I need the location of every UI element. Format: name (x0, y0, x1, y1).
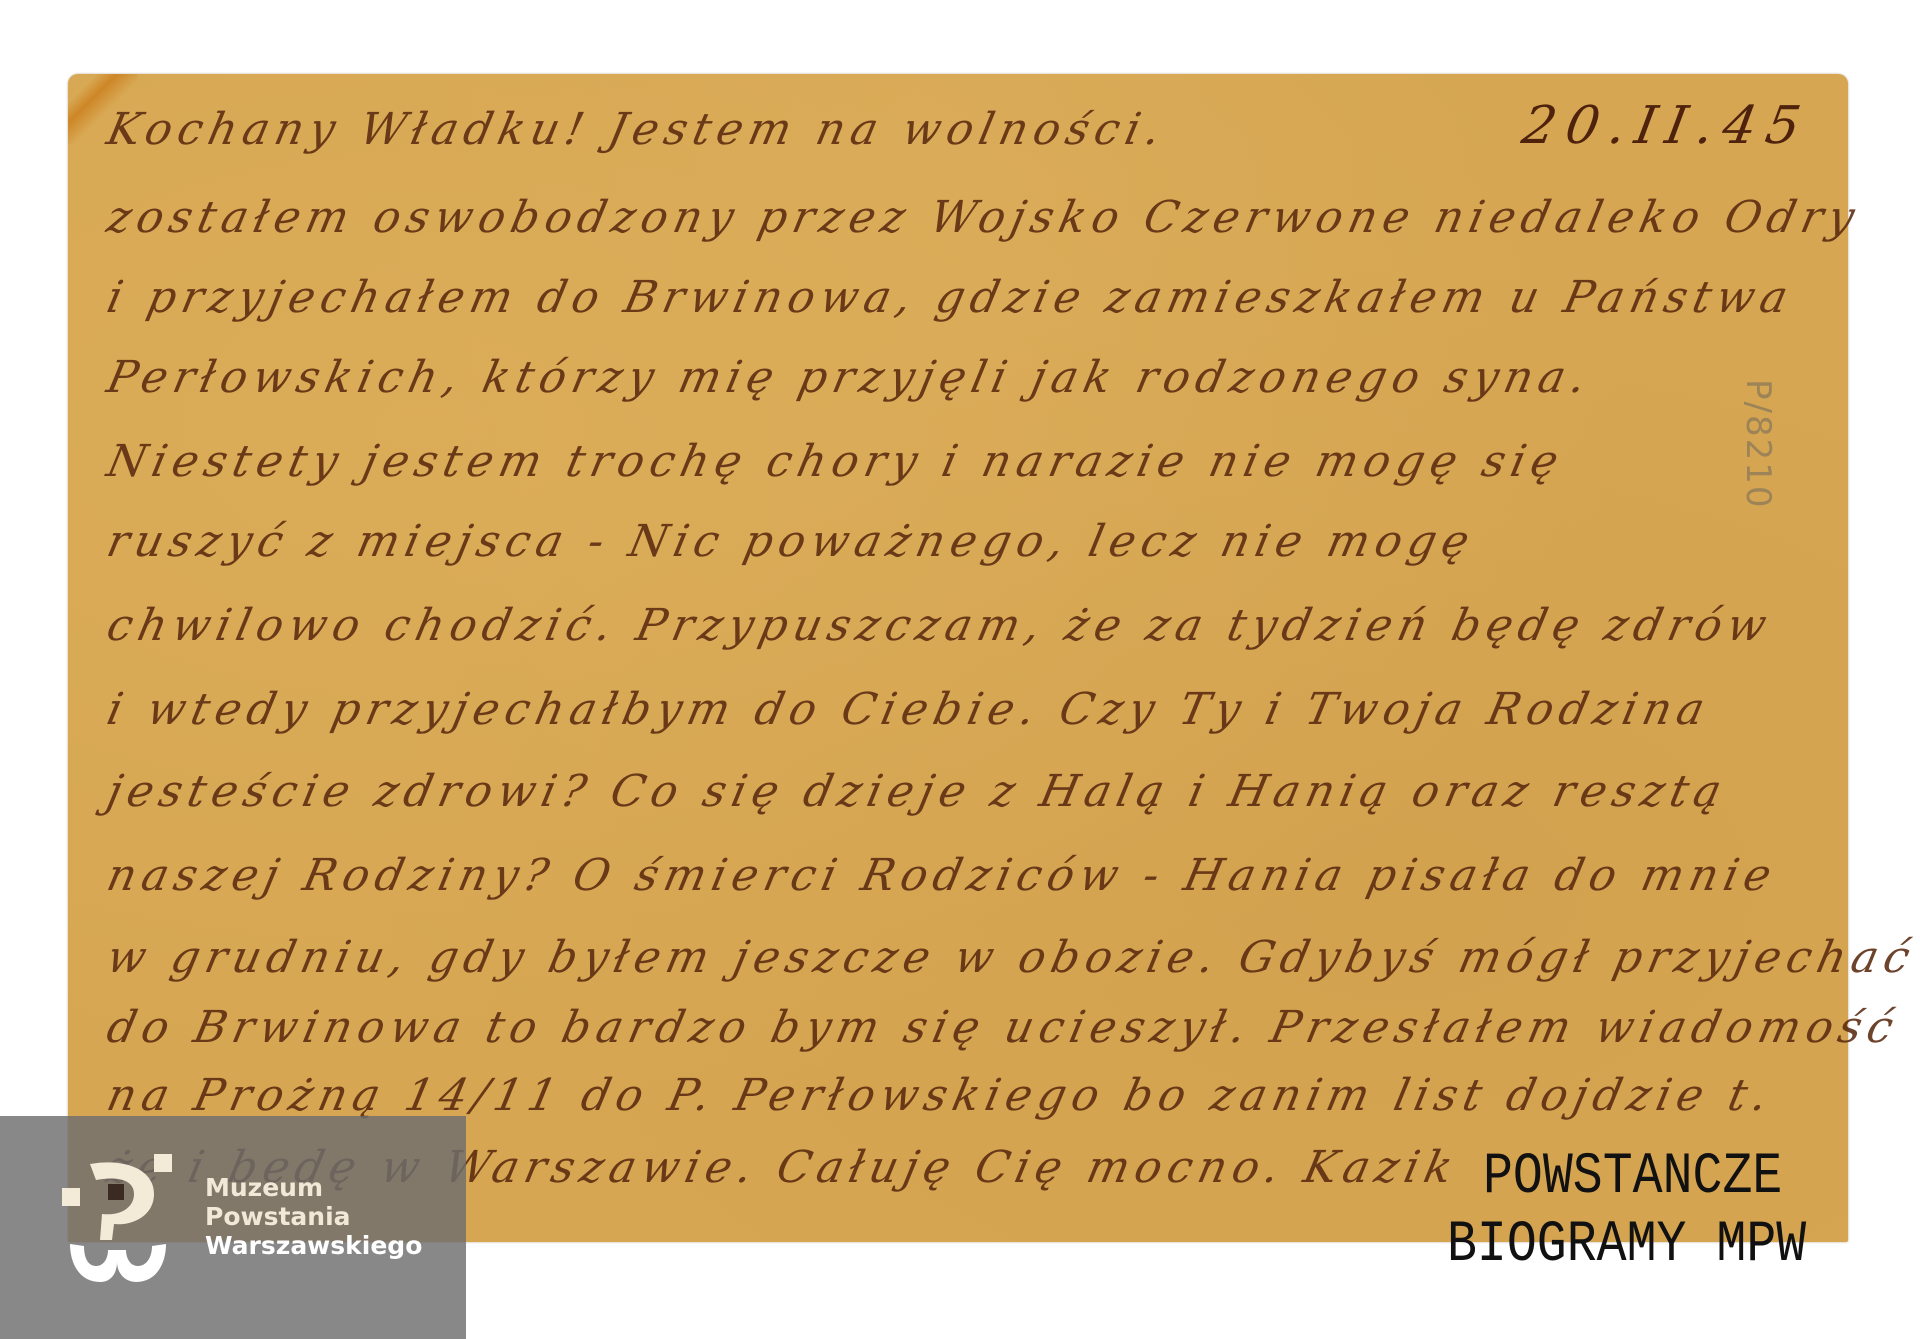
archive-number: P/8210 (1738, 379, 1778, 510)
logo-text-line-1: Muzeum (205, 1173, 422, 1202)
watermark-line-2: BIOGRAMY MPW (1447, 1214, 1806, 1278)
handwriting-line-1: Kochany Władku! Jestem na wolności. (103, 104, 1172, 155)
handwriting-line-2: zostałem oswobodzony przez Wojsko Czerwo… (103, 192, 1865, 243)
museum-logo: Muzeum Powstania Warszawskiego (0, 1116, 466, 1339)
logo-text-line-3: Warszawskiego (205, 1231, 422, 1260)
handwriting-line-12: do Brwinowa to bardzo bym się ucieszył. … (103, 1002, 1904, 1053)
handwriting-line-13: na Prożną 14/11 do P. Perłowskiego bo za… (103, 1070, 1778, 1121)
handwriting-line-11: w grudniu, gdy byłem jeszcze w obozie. G… (103, 932, 1920, 983)
handwriting-line-4: Perłowskich, którzy mię przyjęli jak rod… (103, 352, 1597, 403)
handwriting-line-3: i przyjechałem do Brwinowa, gdzie zamies… (103, 272, 1799, 323)
kotwica-anchor-icon (62, 1154, 172, 1286)
postcard: 20.II.45 Kochany Władku! Jestem na wolno… (68, 74, 1848, 1242)
handwriting-line-10: naszej Rodziny? O śmierci Rodziców - Han… (103, 850, 1782, 901)
handwriting-line-8: i wtedy przyjechałbym do Ciebie. Czy Ty … (103, 684, 1715, 735)
handwriting-line-9: jesteście zdrowi? Co się dzieje z Halą i… (103, 766, 1732, 817)
watermark-line-1: POWSTANCZE (1483, 1146, 1782, 1210)
handwriting-line-6: ruszyć z miejsca - Nic poważnego, lecz n… (103, 516, 1480, 567)
handwriting-line-7: chwilowo chodzić. Przypuszczam, że za ty… (103, 600, 1777, 651)
letter-date: 20.II.45 (1518, 96, 1815, 156)
logo-text-line-2: Powstania (205, 1202, 422, 1231)
handwriting-line-5: Niestety jestem trochę chory i narazie n… (103, 436, 1569, 487)
